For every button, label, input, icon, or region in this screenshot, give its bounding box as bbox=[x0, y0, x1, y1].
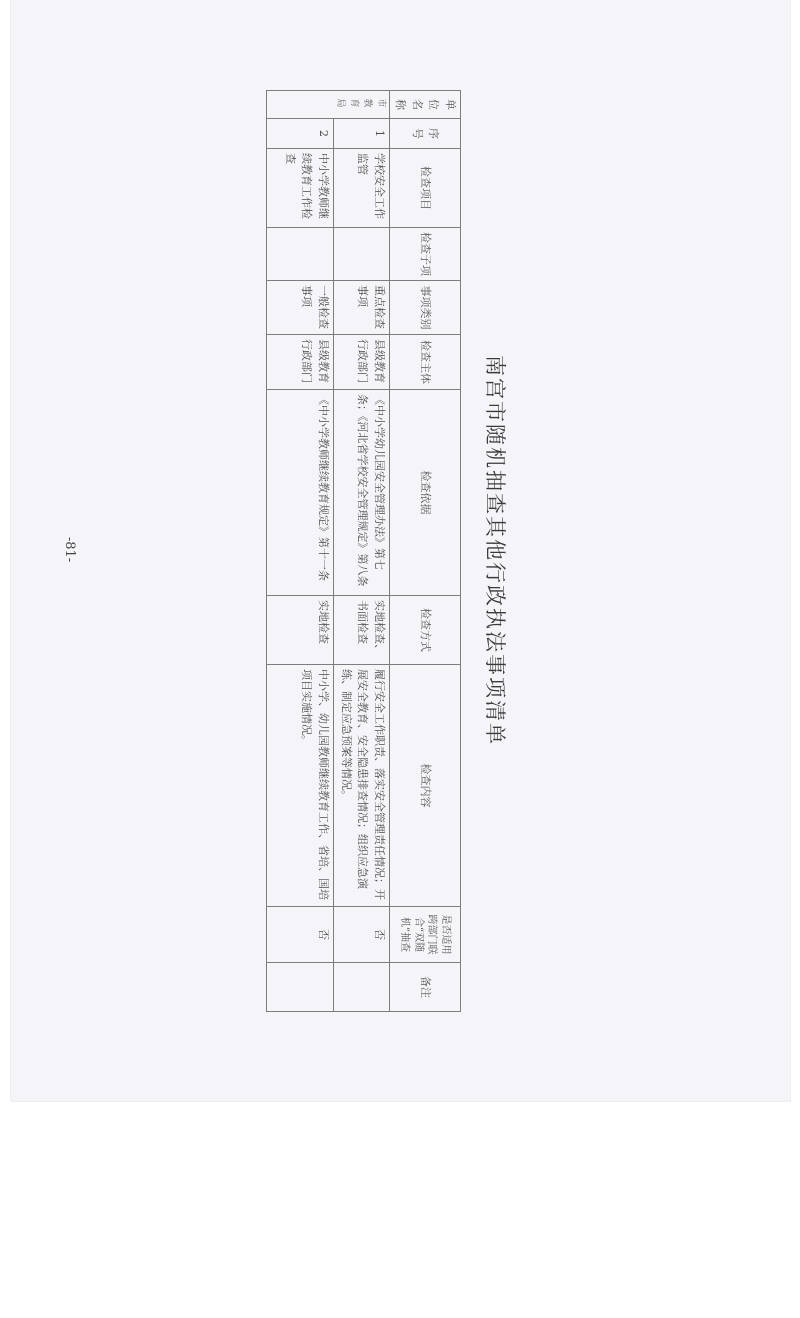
header-subject: 检查主体 bbox=[390, 335, 461, 390]
header-seq: 序号 bbox=[390, 119, 461, 149]
method-cell: 实地检查、书面检查 bbox=[334, 596, 390, 665]
content-cell: 中小学、幼儿园教师继续教育工作、省培、国培项目实施情况。 bbox=[267, 665, 334, 907]
cross-dept-cell: 否 bbox=[267, 907, 334, 963]
item-cell: 学校安全工作监管 bbox=[334, 149, 390, 228]
seq-cell: 2 bbox=[267, 119, 334, 149]
table-row: 2 中小学教师继续教育工作检查 一般检查事项 县级教育行政部门 《中小学教师继续… bbox=[267, 91, 334, 1012]
subject-cell: 县级教育行政部门 bbox=[334, 335, 390, 390]
basis-cell: 《中小学幼儿园安全管理办法》第七条；《河北省学校安全管理规定》第八条 bbox=[334, 390, 390, 596]
category-cell: 重点检查事项 bbox=[334, 281, 390, 335]
header-content: 检查内容 bbox=[390, 665, 461, 907]
table-header-row: 单位名称 序号 检查项目 检查子项 事项类别 检查主体 检查依据 检查方式 检查… bbox=[390, 91, 461, 1012]
page-number: -81- bbox=[62, 537, 77, 562]
cross-dept-cell: 否 bbox=[334, 907, 390, 963]
document-title: 南宫市随机抽查其他行政执法事项清单 bbox=[481, 90, 511, 1011]
item-cell: 中小学教师继续教育工作检查 bbox=[267, 149, 334, 228]
category-cell: 一般检查事项 bbox=[267, 281, 334, 335]
method-cell: 实地检查 bbox=[267, 596, 334, 665]
content-cell: 履行安全工作职责、落实安全管理责任情况；开展安全教育、安全隐患排查情况；组织应急… bbox=[334, 665, 390, 907]
remark-cell bbox=[334, 963, 390, 1012]
header-basis: 检查依据 bbox=[390, 390, 461, 596]
header-remark: 备注 bbox=[390, 963, 461, 1012]
header-category: 事项类别 bbox=[390, 281, 461, 335]
subject-cell: 县级教育行政部门 bbox=[267, 335, 334, 390]
basis-cell: 《中小学教师继续教育规定》第十一条 bbox=[267, 390, 334, 596]
scanned-page: 南宫市随机抽查其他行政执法事项清单 单位名称 序号 检查项目 检查子项 事项类别… bbox=[11, 0, 790, 1101]
rotated-content: 南宫市随机抽查其他行政执法事项清单 单位名称 序号 检查项目 检查子项 事项类别… bbox=[277, 90, 527, 1011]
subitem-cell bbox=[267, 228, 334, 281]
inspection-items-table: 单位名称 序号 检查项目 检查子项 事项类别 检查主体 检查依据 检查方式 检查… bbox=[266, 90, 461, 1012]
seq-cell: 1 bbox=[334, 119, 390, 149]
header-subitem: 检查子项 bbox=[390, 228, 461, 281]
header-item: 检查项目 bbox=[390, 149, 461, 228]
subitem-cell bbox=[334, 228, 390, 281]
table-row: 市教育局 1 学校安全工作监管 重点检查事项 县级教育行政部门 《中小学幼儿园安… bbox=[334, 91, 390, 1012]
header-method: 检查方式 bbox=[390, 596, 461, 665]
header-cross-dept: 是否适用跨部门联合“双随机”抽查 bbox=[390, 907, 461, 963]
remark-cell bbox=[267, 963, 334, 1012]
header-unit-name: 单位名称 bbox=[390, 91, 461, 119]
unit-name-cell: 市教育局 bbox=[267, 91, 390, 119]
